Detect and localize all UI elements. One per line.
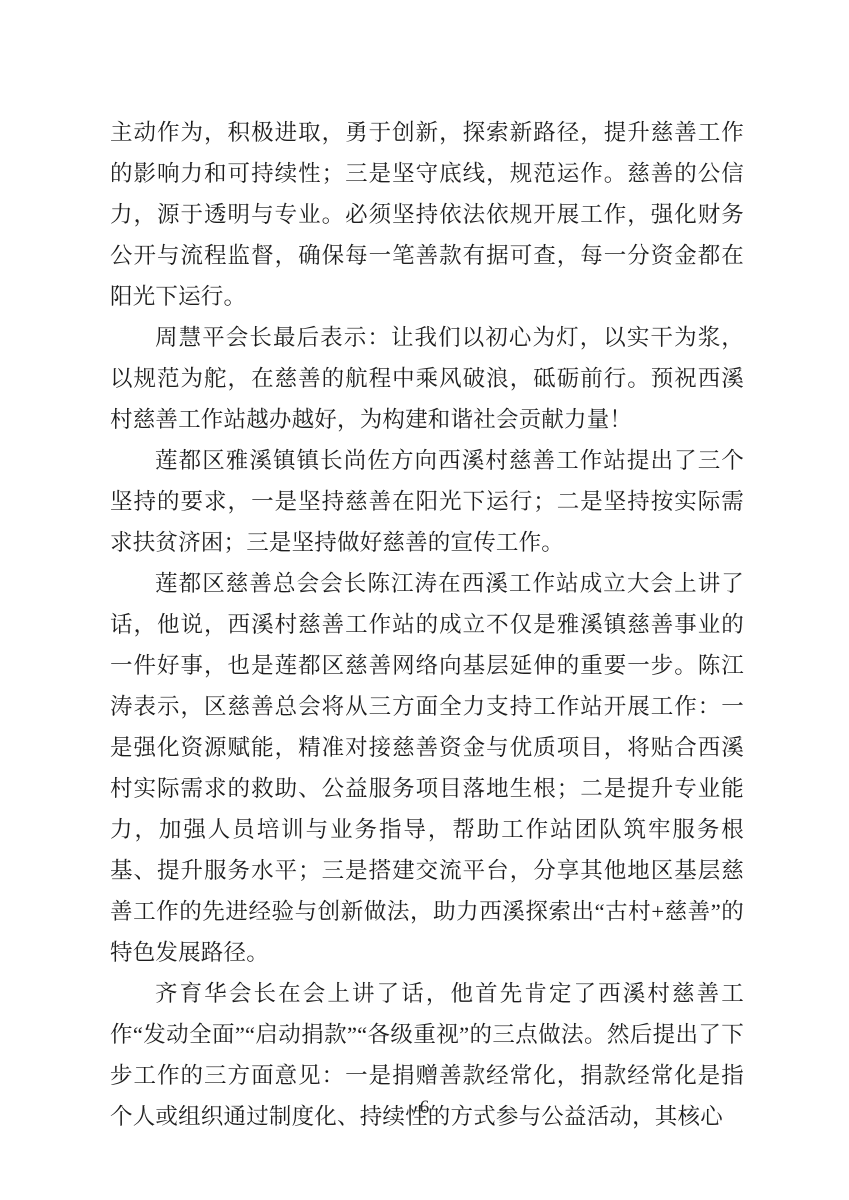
paragraph: 主动作为，积极进取，勇于创新，探索新路径，提升慈善工作的影响力和可持续性；三是坚… [110, 112, 744, 317]
document-page: 主动作为，积极进取，勇于创新，探索新路径，提升慈善工作的影响力和可持续性；三是坚… [0, 0, 849, 1200]
paragraph: 莲都区雅溪镇镇长尚佐方向西溪村慈善工作站提出了三个坚持的要求，一是坚持慈善在阳光… [110, 440, 744, 563]
paragraph: 周慧平会长最后表示：让我们以初心为灯，以实干为浆，以规范为舵，在慈善的航程中乘风… [110, 317, 744, 440]
page-footer: 6 [0, 1096, 849, 1120]
document-body: 主动作为，积极进取，勇于创新，探索新路径，提升慈善工作的影响力和可持续性；三是坚… [110, 112, 744, 1137]
paragraph: 莲都区慈善总会会长陈江涛在西溪工作站成立大会上讲了话，他说，西溪村慈善工作站的成… [110, 563, 744, 973]
page-number: 6 [420, 1097, 430, 1118]
